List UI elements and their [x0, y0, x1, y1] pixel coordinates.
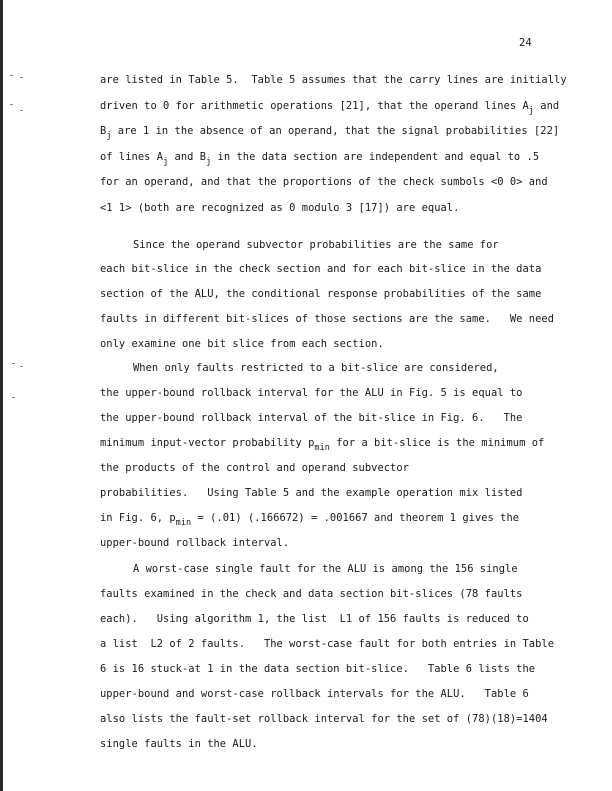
scan-speck	[12, 397, 15, 398]
text-line: the products of the control and operand …	[100, 462, 409, 474]
text-span: for a bit-slice is the minimum of	[330, 437, 544, 449]
text-line: driven to 0 for arithmetic operations [2…	[100, 100, 559, 112]
text-line: each bit-slice in the check section and …	[100, 263, 541, 275]
scan-speck	[20, 77, 23, 78]
text-line: for an operand, and that the proportions…	[100, 176, 548, 188]
text-span: driven to 0 for arithmetic operations [2…	[100, 100, 529, 112]
scan-border	[0, 0, 3, 791]
text-line: only examine one bit slice from each sec…	[100, 338, 384, 350]
text-span: are 1 in the absence of an operand, that…	[118, 125, 559, 137]
text-span: in the data section are independent and …	[211, 151, 539, 163]
paragraph-start: When only faults restricted to a bit-sli…	[133, 362, 499, 374]
subscript: min	[176, 518, 192, 528]
text-line: upper-bound rollback interval.	[100, 537, 289, 549]
text-span: in Fig. 6, p	[100, 512, 176, 524]
paragraph-start: Since the operand subvector probabilitie…	[133, 239, 499, 251]
text-line: minimum input-vector probability pmin fo…	[100, 437, 544, 449]
text-line: faults examined in the check and data se…	[100, 588, 522, 600]
scan-speck	[10, 75, 13, 76]
text-span: and	[534, 100, 559, 112]
text-line: in Fig. 6, pmin = (.01) (.166672) = .001…	[100, 512, 519, 524]
text-line: each). Using algorithm 1, the list L1 of…	[100, 613, 529, 625]
text-span: = (.01) (.166672) = .001667 and theorem …	[191, 512, 519, 524]
page-number: 24	[519, 37, 532, 49]
text-line: probabilities. Using Table 5 and the exa…	[100, 487, 522, 499]
scan-speck	[10, 104, 13, 105]
text-line: of lines Aj and Bj in the data section a…	[100, 151, 539, 163]
text-line: the upper-bound rollback interval of the…	[100, 412, 522, 424]
scan-speck	[12, 363, 15, 364]
text-line: upper-bound and worst-case rollback inte…	[100, 688, 529, 700]
text-line: single faults in the ALU.	[100, 738, 258, 750]
text-line: Bj are 1 in the absence of an operand, t…	[100, 125, 559, 137]
text-line: faults in different bit-slices of those …	[100, 313, 554, 325]
text-line: the upper-bound rollback interval for th…	[100, 387, 522, 399]
text-span: of lines A	[100, 151, 163, 163]
text-span: and B	[168, 151, 206, 163]
text-line: section of the ALU, the conditional resp…	[100, 288, 541, 300]
paragraph-start: A worst-case single fault for the ALU is…	[133, 563, 518, 575]
text-line: a list L2 of 2 faults. The worst-case fa…	[100, 638, 554, 650]
text-line: are listed in Table 5. Table 5 assumes t…	[100, 74, 567, 86]
text-line: 6 is 16 stuck-at 1 in the data section b…	[100, 663, 535, 675]
scan-speck	[20, 110, 23, 111]
text-line: <1 1> (both are recognized as 0 modulo 3…	[100, 202, 459, 214]
scan-speck	[20, 366, 23, 367]
text-line: also lists the fault-set rollback interv…	[100, 713, 548, 725]
subscript: min	[314, 443, 330, 453]
text-span: minimum input-vector probability p	[100, 437, 314, 449]
